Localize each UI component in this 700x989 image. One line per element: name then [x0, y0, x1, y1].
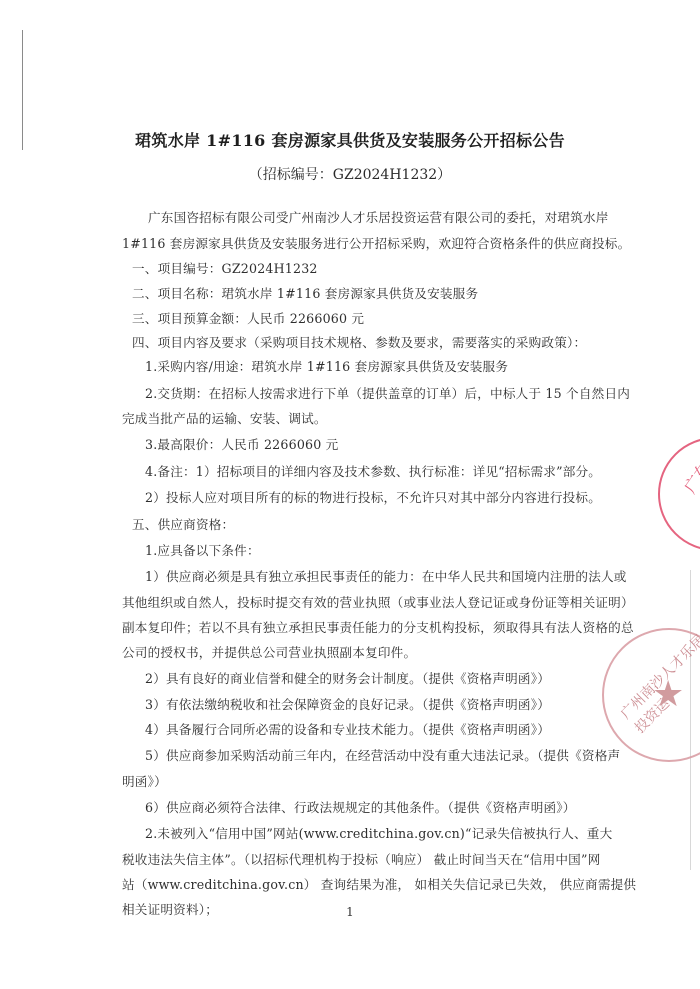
body-text-line: 其他组织或自然人，投标时提交有效的营业执照（或事业法人登记证或身份证等相关证明）: [122, 592, 634, 611]
body-text-line: 2.未被列入“信用中国”网站(www.creditchina.gov.cn)“记…: [145, 823, 612, 842]
agency-seal-stamp: 广东国: [658, 437, 700, 551]
body-text-line: 1.采购内容/用途：珺筑水岸 1#116 套房源家具供货及安装服务: [145, 356, 508, 375]
body-text-line: 明函》）: [122, 771, 167, 790]
body-text-line: 一、项目编号：GZ2024H1232: [132, 258, 318, 277]
document-title: 珺筑水岸 1#116 套房源家具供货及安装服务公开招标公告: [0, 128, 700, 151]
body-text-line: 三、项目预算金额：人民币 2266060 元: [132, 308, 364, 327]
body-text-line: 4）具备履行合同所必需的设备和专业技术能力。（提供《资格声明函》）: [145, 719, 550, 738]
document-page: 珺筑水岸 1#116 套房源家具供货及安装服务公开招标公告 （招标编号：GZ20…: [0, 0, 700, 989]
company-seal-stamp: 广州南沙人才乐居投资运 ★: [602, 628, 700, 762]
body-text-line: 公司的授权书，并提供总公司营业执照副本复印件。: [122, 642, 416, 661]
body-text-line: 1.应具备以下条件：: [145, 540, 260, 559]
page-number: 1: [0, 905, 700, 919]
body-text-line: 副本复印件；若以不具有独立承担民事责任能力的分支机构投标，须取得具有法人资格的总: [122, 617, 634, 636]
body-text-line: 完成当批产品的运输、安装、调试。: [122, 408, 327, 427]
body-text-line: 3）有依法缴纳税收和社会保障资金的良好记录。（提供《资格声明函》）: [145, 694, 550, 713]
body-text-line: 6）供应商必须符合法律、行政法规规定的其他条件。（提供《资格声明函》）: [145, 797, 576, 816]
stamp-text: 广东国: [677, 441, 700, 497]
body-text-line: 4.备注：1）招标项目的详细内容及技术参数、执行标准：详见“招标需求”部分。: [145, 461, 601, 480]
body-text-line: 2）具有良好的商业信誉和健全的财务会计制度。（提供《资格声明函》）: [145, 668, 550, 687]
body-text-line: 3.最高限价：人民币 2266060 元: [145, 434, 338, 453]
star-icon: ★: [652, 674, 684, 715]
body-text-line: 5）供应商参加采购活动前三年内，在经营活动中没有重大违法记录。（提供《资格声: [145, 745, 620, 764]
body-text-line: 广东国咨招标有限公司受广州南沙人才乐居投资运营有限公司的委托，对珺筑水岸: [148, 207, 609, 226]
tender-number-subtitle: （招标编号：GZ2024H1232）: [0, 164, 700, 184]
body-text-line: 2）投标人应对项目所有的标的物进行投标，不允许只对其中部分内容进行投标。: [145, 487, 601, 506]
body-text-line: 五、供应商资格：: [132, 514, 234, 533]
body-text-line: 四、项目内容及要求（采购项目技术规格、参数及要求，需要落实的采购政策）：: [132, 332, 586, 351]
body-text-line: 站（www.creditchina.gov.cn） 查询结果为准， 如相关失信记…: [122, 874, 636, 893]
body-text-line: 1#116 套房源家具供货及安装服务进行公开招标采购，欢迎符合资格条件的供应商投…: [122, 233, 630, 252]
body-text-line: 税收违法失信主体”。（以招标代理机构于投标（响应） 截止时间当天在“信用中国”网: [122, 849, 600, 868]
body-text-line: 2.交货期：在招标人按需求进行下单（提供盖章的订单）后，中标人于 15 个自然日…: [145, 383, 630, 402]
body-text-line: 1）供应商必须是具有独立承担民事责任的能力：在中华人民共和国境内注册的法人或: [145, 566, 627, 585]
body-text-line: 二、项目名称：珺筑水岸 1#116 套房源家具供货及安装服务: [132, 283, 478, 302]
